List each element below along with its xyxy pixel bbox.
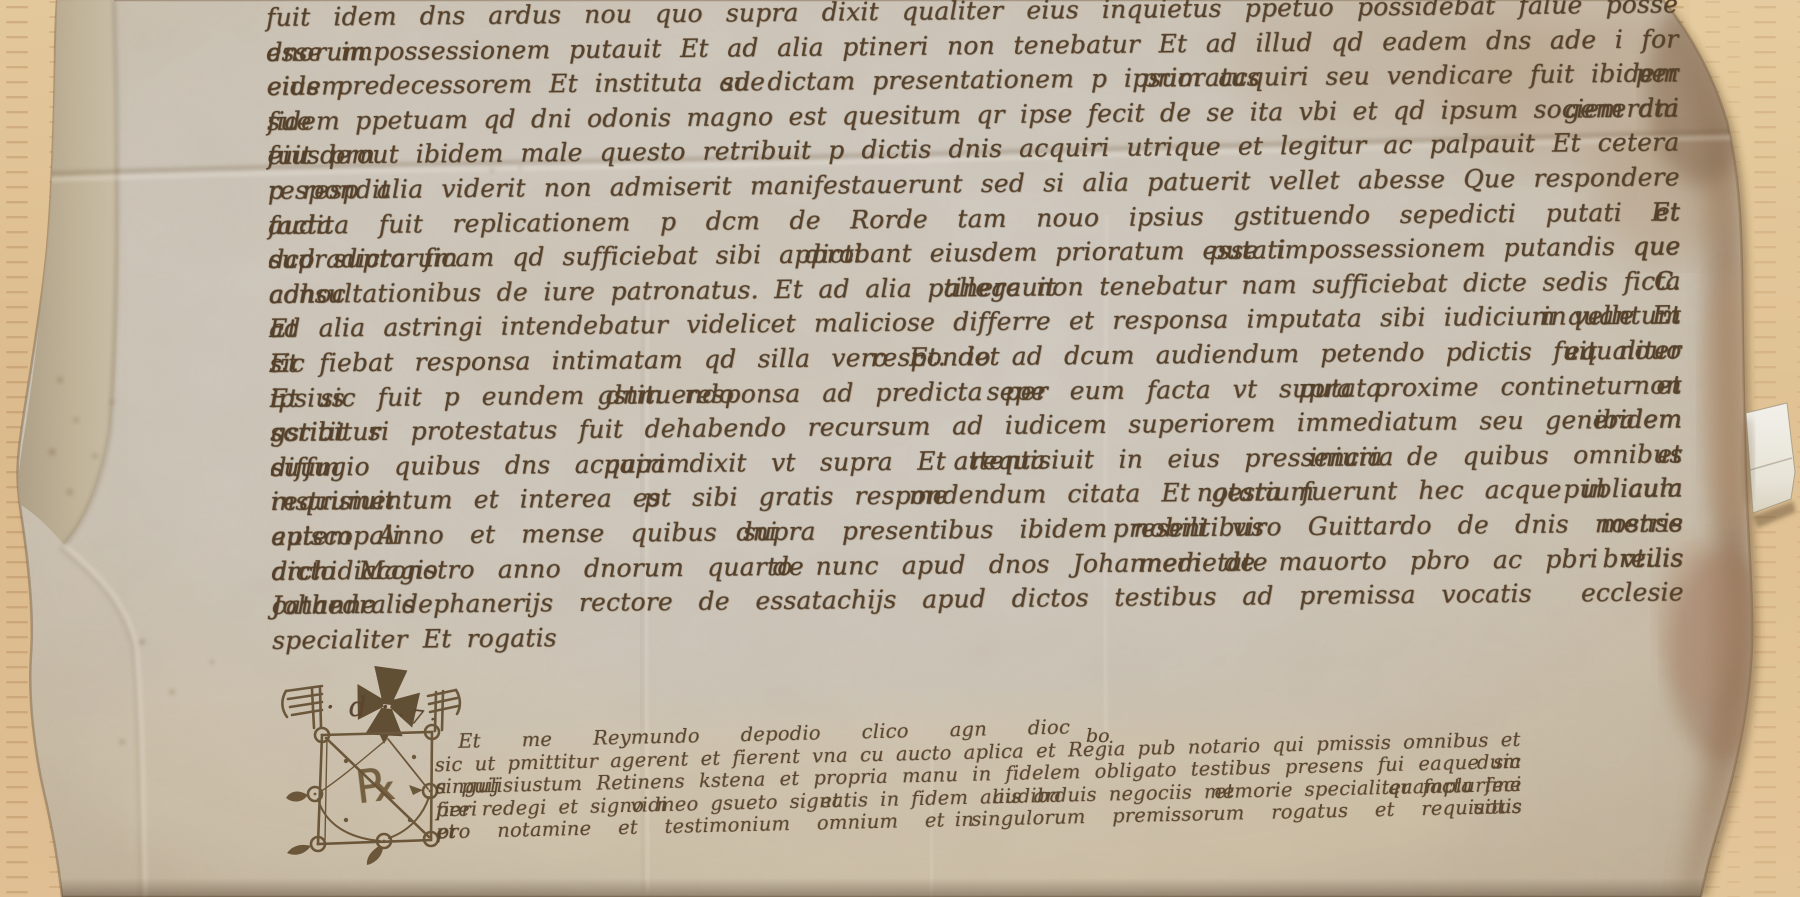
manuscript-text-block: fuit idem dns ardus nou quo supra dixit … (266, 0, 1684, 624)
photo-parchment-on-table: fuit idem dns ardus nou quo supra dixit … (0, 0, 1800, 897)
notarial-mark-monogram: ℞ (353, 756, 401, 815)
notarial-mark-right-label: · 7 · (397, 703, 438, 731)
bottom-edge-shadow (40, 878, 1720, 897)
superscript-insertion: bo (1086, 725, 1110, 747)
notarial-mark-left-label: · d · (326, 692, 393, 723)
